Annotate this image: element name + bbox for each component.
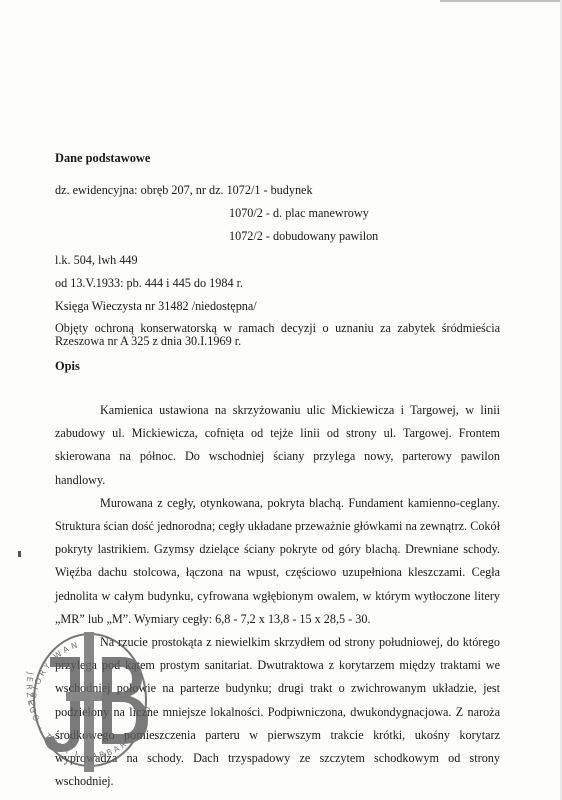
- lk-line: l.k. 504, lwh 449: [55, 253, 138, 267]
- paragraph-1: Kamienica ustawiona na skrzyżowaniu ulic…: [55, 399, 500, 492]
- date-line: od 13.V.1933: pb. 444 i 445 do 1984 r.: [55, 276, 243, 290]
- paragraph-2: Murowana z cegły, otynkowana, pokryta bl…: [55, 492, 500, 631]
- collection-stamp-icon: ZBIORY WAN JERZEGO · TURA I BARBARY TOND…: [10, 612, 170, 782]
- land-register-line: Księga Wieczysta nr 31482 /niedostępna/: [55, 299, 257, 313]
- scan-edge: [440, 0, 562, 2]
- protection-note: Objęty ochroną konserwatorską w ramach d…: [55, 322, 500, 347]
- section-heading-description: Opis: [55, 359, 80, 373]
- document-page: Dane podstawowe dz. ewidencyjna: obręb 2…: [0, 0, 562, 800]
- scan-mark: [18, 551, 21, 557]
- section-heading-basic: Dane podstawowe: [55, 151, 150, 165]
- parcel-2: 1070/2 - d. plac manewrowy: [229, 206, 369, 220]
- parcel-line: dz. ewidencyjna: obręb 207, nr dz. 1072/…: [55, 183, 313, 197]
- parcel-3: 1072/2 - dobudowany pawilon: [229, 229, 378, 243]
